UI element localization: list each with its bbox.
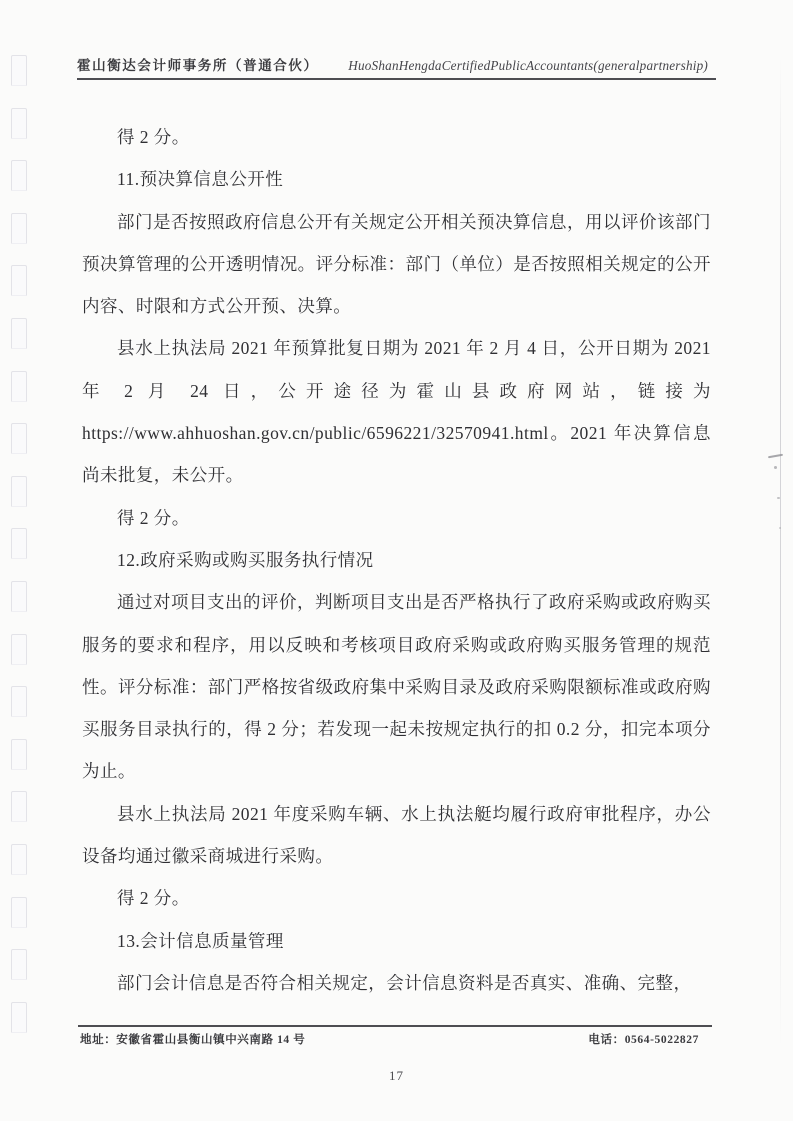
paragraph: 部门是否按照政府信息公开有关规定公开相关预决算信息，用以评价该部门预决算管理的公…: [82, 201, 711, 328]
scan-smudge: [774, 466, 777, 469]
binding-hole: [11, 371, 27, 402]
page-number: 17: [0, 1068, 793, 1084]
footer: 地址：安徽省霍山县衡山镇中兴南路 14 号 电话：0564-5022827: [80, 1031, 712, 1047]
letterhead-rule: [77, 78, 716, 80]
binding-hole: [11, 949, 27, 980]
scan-edge-artifact: [780, 58, 781, 1048]
binding-hole: [11, 739, 27, 770]
binding-hole: [11, 108, 27, 139]
score-line: 得 2 分。: [82, 116, 711, 158]
footer-address: 地址：安徽省霍山县衡山镇中兴南路 14 号: [80, 1031, 305, 1047]
binding-hole: [11, 55, 27, 86]
scan-smudge: [779, 527, 781, 529]
scan-smudge: [777, 497, 780, 499]
binding-hole: [11, 581, 27, 612]
footer-phone: 电话：0564-5022827: [588, 1031, 699, 1047]
binding-hole: [11, 1002, 27, 1033]
binding-hole: [11, 213, 27, 244]
binding-hole: [11, 476, 27, 507]
binding-hole: [11, 265, 27, 296]
footer-rule: [78, 1025, 712, 1027]
binding-hole: [11, 844, 27, 875]
section-heading-12: 12.政府采购或购买服务执行情况: [82, 539, 711, 581]
paragraph: 县水上执法局 2021 年度采购车辆、水上执法艇均履行政府审批程序，办公设备均通…: [82, 793, 711, 878]
paragraph: 县水上执法局 2021 年预算批复日期为 2021 年 2 月 4 日，公开日期…: [82, 327, 711, 496]
paragraph: 通过对项目支出的评价，判断项目支出是否严格执行了政府采购或政府购买服务的要求和程…: [82, 581, 711, 792]
scanned-document-page: { "header": { "firm_name_cn": "霍山衡达会计师事务…: [0, 0, 793, 1121]
letterhead: 霍山衡达会计师事务所（普通合伙） HuoShanHengdaCertifiedP…: [77, 50, 714, 74]
firm-name-chinese: 霍山衡达会计师事务所（普通合伙）: [77, 54, 319, 74]
binding-hole: [11, 791, 27, 822]
score-line: 得 2 分。: [82, 497, 711, 539]
firm-name-english: HuoShanHengdaCertifiedPublicAccountants(…: [348, 58, 714, 74]
section-heading-13: 13.会计信息质量管理: [82, 920, 711, 962]
binding-hole: [11, 686, 27, 717]
paragraph: 部门会计信息是否符合相关规定，会计信息资料是否真实、准确、完整，: [82, 962, 711, 1004]
document-body: 得 2 分。 11.预决算信息公开性 部门是否按照政府信息公开有关规定公开相关预…: [82, 116, 711, 1004]
binding-hole: [11, 528, 27, 559]
section-heading-11: 11.预决算信息公开性: [82, 158, 711, 200]
binding-hole: [11, 160, 27, 191]
binding-hole: [11, 897, 27, 928]
score-line: 得 2 分。: [82, 877, 711, 919]
binding-hole: [11, 423, 27, 454]
binding-hole: [11, 318, 27, 349]
binding-hole: [11, 634, 27, 665]
binding-holes: [9, 0, 35, 1121]
